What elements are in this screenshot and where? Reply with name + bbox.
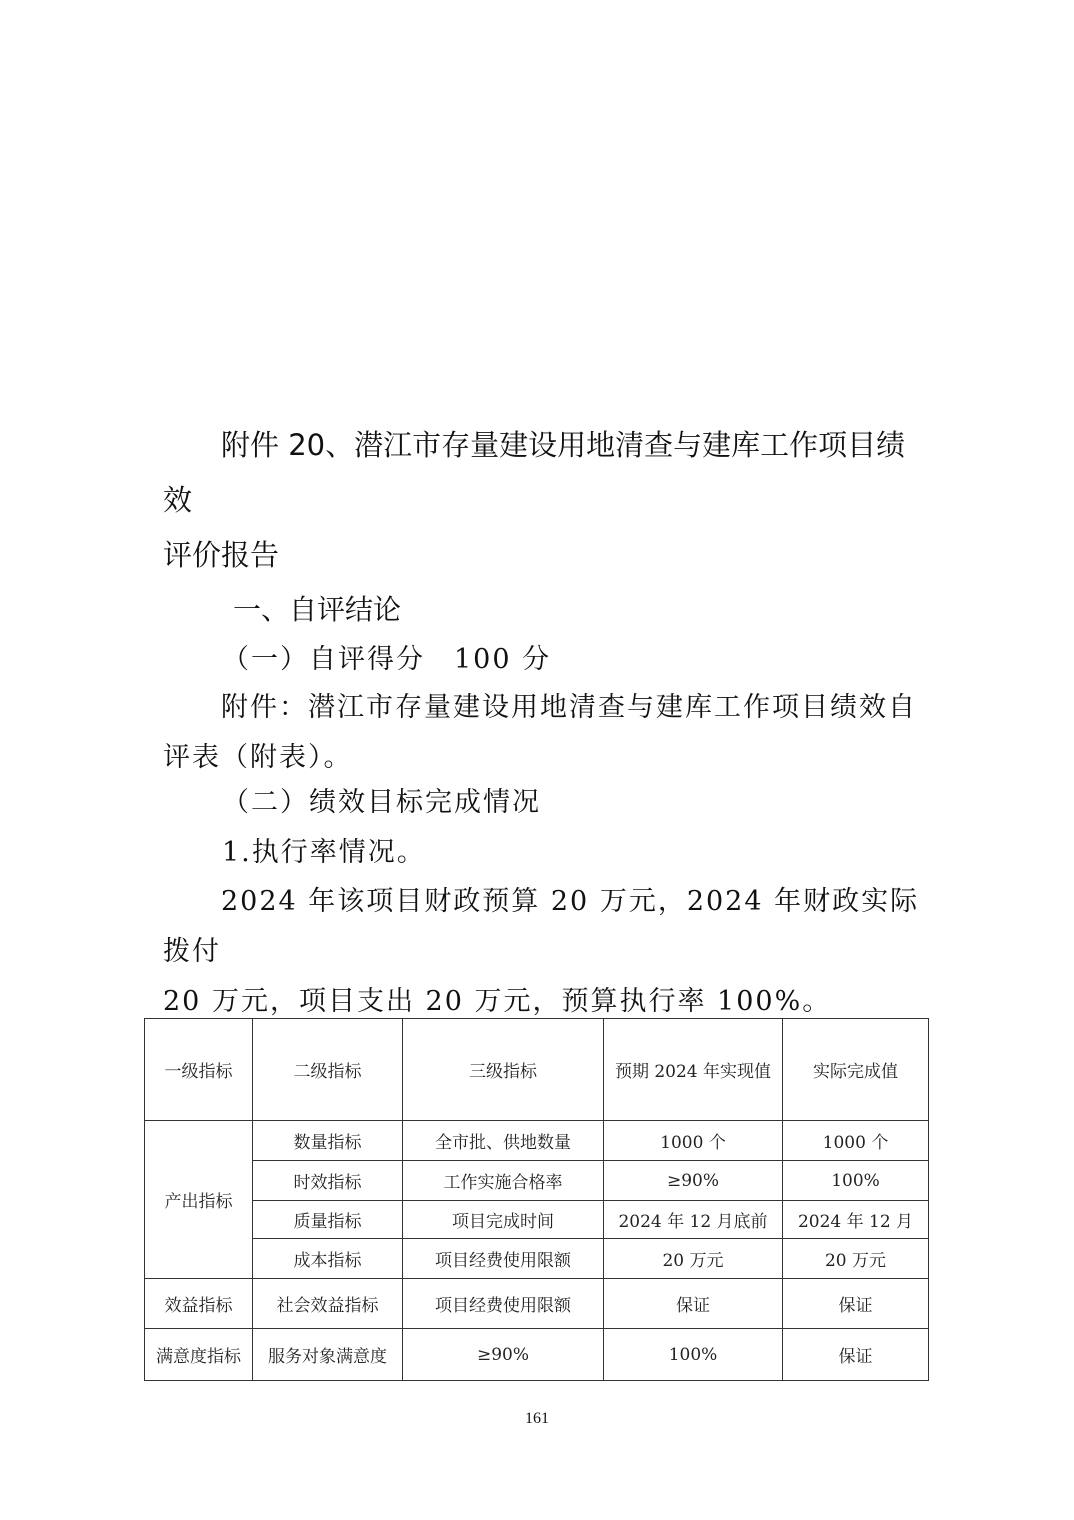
- table-row: 效益指标 社会效益指标 项目经费使用限额 保证 保证: [145, 1279, 929, 1329]
- level3-cell: 工作实施合格率: [403, 1161, 604, 1201]
- section-heading-self-evaluation: 一、自评结论: [233, 590, 401, 630]
- level2-cell: 社会效益指标: [253, 1279, 403, 1329]
- level1-cell: 产出指标: [145, 1121, 253, 1279]
- table-row: 产出指标 数量指标 全市批、供地数量 1000 个 1000 个: [145, 1121, 929, 1161]
- level3-cell: 全市批、供地数量: [403, 1121, 604, 1161]
- level3-cell: 项目完成时间: [403, 1201, 604, 1239]
- report-title-line2: 评价报告: [163, 528, 923, 583]
- attachment-line2: 评表（附表）。: [163, 733, 923, 783]
- attachment-line1: 附件：潜江市存量建设用地清查与建库工作项目绩效自: [221, 692, 917, 723]
- table-header-row: 一级指标 二级指标 三级指标 预期 2024 年实现值 实际完成值: [145, 1019, 929, 1121]
- expected-cell: 100%: [604, 1329, 783, 1381]
- table-row: 成本指标 项目经费使用限额 20 万元 20 万元: [145, 1239, 929, 1279]
- subheading-goal-completion: （二）绩效目标完成情况: [222, 783, 541, 823]
- header-cell: 实际完成值: [783, 1019, 929, 1121]
- level2-cell: 数量指标: [253, 1121, 403, 1161]
- level1-cell: 效益指标: [145, 1279, 253, 1329]
- performance-indicator-table: 一级指标 二级指标 三级指标 预期 2024 年实现值 实际完成值 产出指标 数…: [144, 1018, 929, 1381]
- level2-cell: 成本指标: [253, 1239, 403, 1279]
- level3-cell: 项目经费使用限额: [403, 1239, 604, 1279]
- actual-cell: 保证: [783, 1279, 929, 1329]
- document-page: 附件 20、潜江市存量建设用地清查与建库工作项目绩效 评价报告 一、自评结论 （…: [0, 0, 1074, 1520]
- level3-cell: ≥90%: [403, 1329, 604, 1381]
- level2-cell: 服务对象满意度: [253, 1329, 403, 1381]
- header-cell: 预期 2024 年实现值: [604, 1019, 783, 1121]
- expected-cell: 1000 个: [604, 1121, 783, 1161]
- level2-cell: 时效指标: [253, 1161, 403, 1201]
- report-title: 附件 20、潜江市存量建设用地清查与建库工作项目绩效 评价报告: [163, 418, 923, 583]
- execution-line1: 2024 年该项目财政预算 20 万元，2024 年财政实际拨付: [163, 886, 919, 967]
- item-heading-execution-rate: 1.执行率情况。: [222, 833, 426, 873]
- table-row: 时效指标 工作实施合格率 ≥90% 100%: [145, 1161, 929, 1201]
- level2-cell: 质量指标: [253, 1201, 403, 1239]
- header-cell: 一级指标: [145, 1019, 253, 1121]
- actual-cell: 1000 个: [783, 1121, 929, 1161]
- report-title-line1: 附件 20、潜江市存量建设用地清查与建库工作项目绩效: [163, 428, 905, 517]
- page-number: 161: [0, 1410, 1074, 1428]
- table-row: 质量指标 项目完成时间 2024 年 12 月底前 2024 年 12 月: [145, 1201, 929, 1239]
- level1-cell: 满意度指标: [145, 1329, 253, 1381]
- expected-cell: ≥90%: [604, 1161, 783, 1201]
- actual-cell: 2024 年 12 月: [783, 1201, 929, 1239]
- table-row: 满意度指标 服务对象满意度 ≥90% 100% 保证: [145, 1329, 929, 1381]
- actual-cell: 20 万元: [783, 1239, 929, 1279]
- execution-paragraph: 2024 年该项目财政预算 20 万元，2024 年财政实际拨付 20 万元，项…: [163, 877, 923, 1027]
- expected-cell: 20 万元: [604, 1239, 783, 1279]
- level3-cell: 项目经费使用限额: [403, 1279, 604, 1329]
- header-cell: 三级指标: [403, 1019, 604, 1121]
- attachment-paragraph: 附件：潜江市存量建设用地清查与建库工作项目绩效自 评表（附表）。: [163, 683, 923, 783]
- subheading-score: （一）自评得分 100 分: [222, 640, 551, 680]
- expected-cell: 保证: [604, 1279, 783, 1329]
- actual-cell: 100%: [783, 1161, 929, 1201]
- actual-cell: 保证: [783, 1329, 929, 1381]
- header-cell: 二级指标: [253, 1019, 403, 1121]
- expected-cell: 2024 年 12 月底前: [604, 1201, 783, 1239]
